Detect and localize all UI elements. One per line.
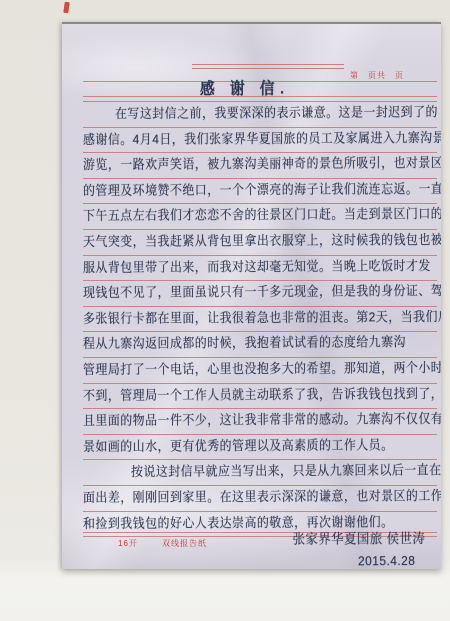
letter-line: 多张银行卡都在里面，让我很着急也非常的沮丧。第2天，当我们启: [83, 308, 441, 327]
paper-type-print: 双线报告纸: [162, 538, 207, 549]
letter-line: 天气突变，当我赶紧从背包里拿出衣服穿上，这时候我的钱包也被衣: [83, 231, 441, 250]
letter-line: 在写这封信之前，我要深深的表示谦意。这是一封迟到了的: [115, 103, 438, 122]
letter-line: 不到，管理局一个工作人员就主动联系了我，告诉我钱包找到了，而: [83, 385, 441, 404]
rule-line: [83, 434, 437, 435]
rule-line: [83, 306, 437, 307]
letter-line: 且里面的物品一件不少，这让我非常非常的感动。九寨沟不仅仅有风: [83, 410, 441, 429]
signature-date: 2015.4.28: [358, 552, 415, 569]
letter-title: 感 谢 信.: [200, 80, 290, 98]
rule-line: [83, 255, 437, 256]
rule-line: [83, 383, 437, 384]
letter-line: 游览，一路欢声笑语，被九寨沟美丽神奇的景色所吸引，也对景区里面: [83, 154, 441, 173]
rule-line: [83, 203, 437, 204]
rule-line: [83, 408, 437, 409]
rule-line: [83, 485, 437, 486]
rule-line: [83, 280, 437, 281]
letter-line: 下午五点左右我们才恋恋不舍的往景区门口赶。当走到景区门口的时候: [83, 205, 441, 224]
letter-line: 现钱包不见了，里面虽说只有一千多元现金，但是我的身份证、驾驶证及: [83, 282, 441, 301]
rule-line: [83, 229, 437, 230]
letter-paper: 第 页共 页 感 谢 信. 在写这封信之前，我要深深的表示谦意。这是一封迟到了的…: [62, 22, 441, 569]
letter-line: 按说这封信早就应当写出来，只是从九寨回来以后一直在外: [131, 461, 441, 480]
header-double-rule: [192, 64, 344, 69]
rule-line: [83, 152, 437, 153]
letter-line: 服从背包里带了出来，而我对这却毫无知觉。当晚上吃饭时才发: [83, 257, 431, 276]
rule-line: [83, 459, 437, 460]
letter-line: 感谢信。4月4日，我们张家界华夏国旅的员工及家属进入九寨沟景区: [83, 129, 441, 148]
letter-line: 程从九寨沟返回成都的时候，我抱着试试看的态度给九寨沟: [83, 333, 406, 352]
rule-line: [83, 331, 437, 332]
rule-line: [83, 178, 437, 179]
letter-line: 和捡到我钱包的好心人表达崇高的敬意，再次谢谢他们。: [83, 513, 394, 532]
rule-line: [83, 101, 437, 102]
rule-line: [83, 357, 437, 358]
letter-line: 景如画的山水，更有优秀的管理以及高素质的工作人员。: [83, 436, 394, 455]
scan-artifact-mark: [63, 2, 69, 14]
signature: 张家界华夏国旅 侯世涛: [292, 530, 425, 548]
rule-line: [83, 127, 437, 128]
scanned-letter-page: 第 页共 页 感 谢 信. 在写这封信之前，我要深深的表示谦意。这是一封迟到了的…: [0, 0, 450, 621]
letter-line: 的管理及环境赞不绝口，一个个漂亮的海子让我们流连忘返。一直到: [83, 180, 441, 199]
page-number-print: 第 页共 页: [350, 70, 404, 81]
rule-line: [83, 511, 437, 512]
paper-size-print: 16开: [118, 538, 138, 549]
letter-line: 面出差，刚刚回到家里。在这里表示深深的谦意，也对景区的工作人员: [83, 487, 441, 506]
letter-line: 管理局打了一个电话，心里也没抱多大的希望。那知道，两个小时: [83, 359, 441, 378]
